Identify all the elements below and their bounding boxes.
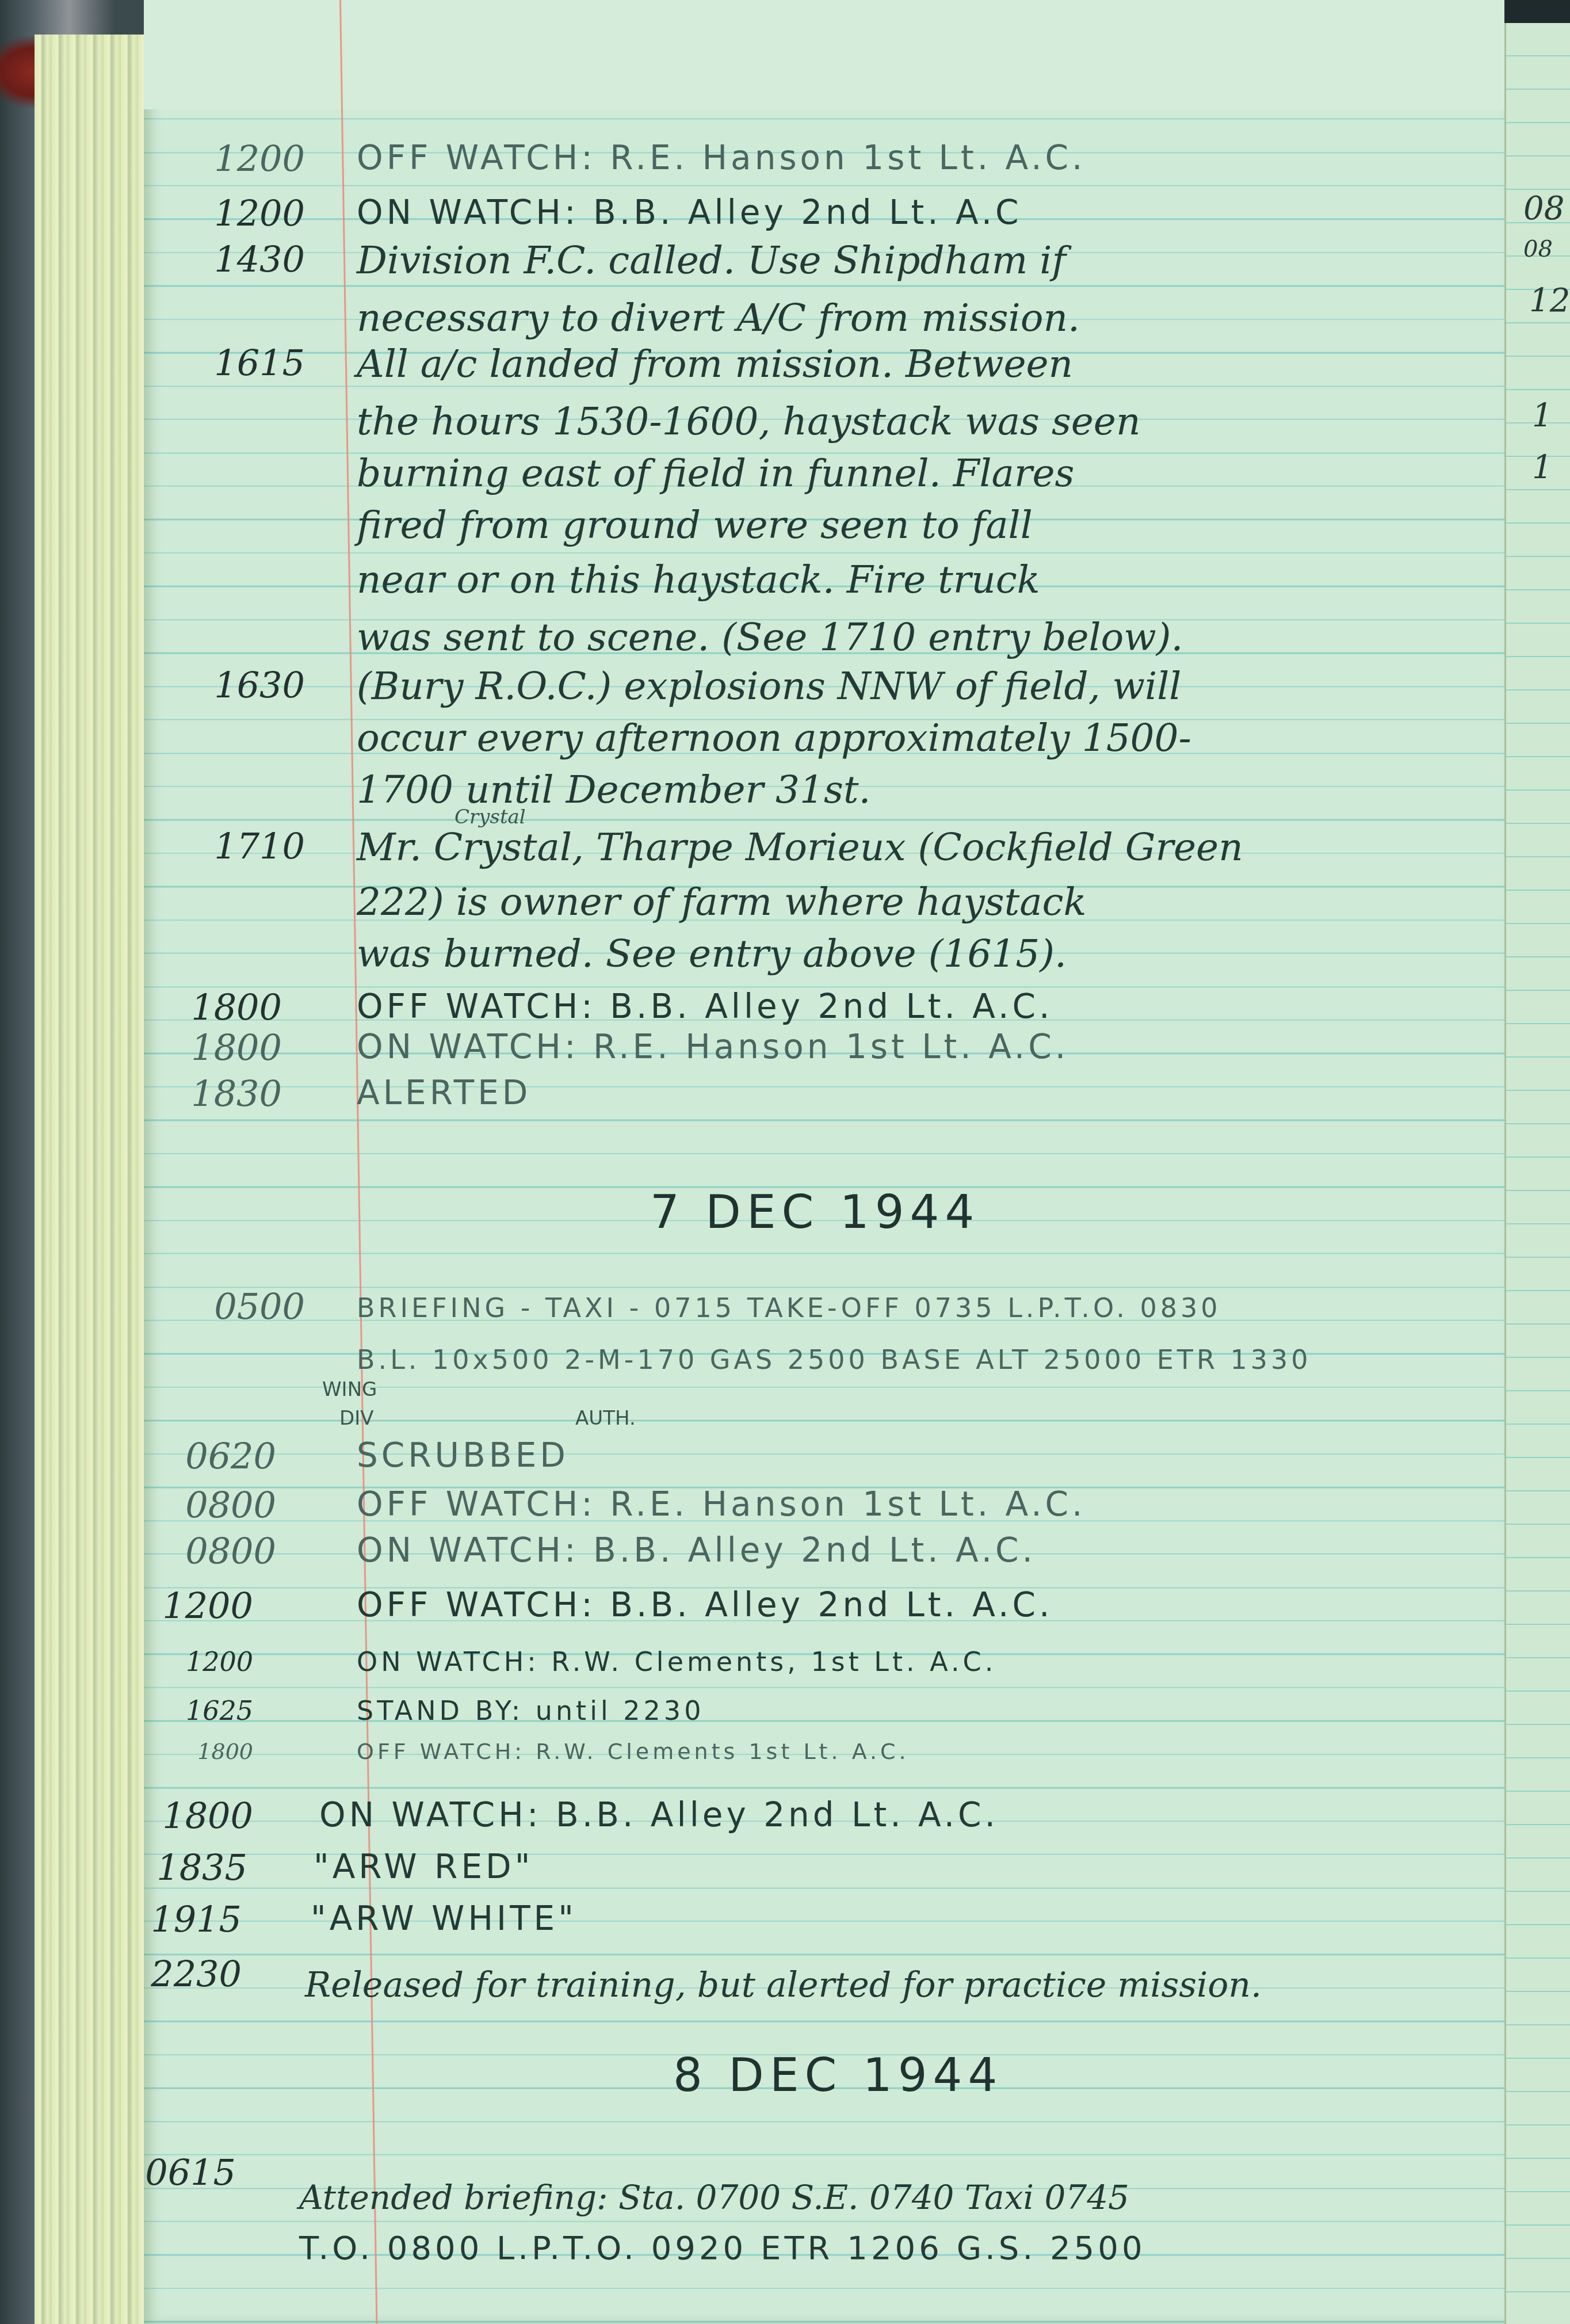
entry-text-line: Attended briefing: Sta. 0700 S.E. 0740 T… (299, 2181, 1438, 2214)
entry-text: "ARW RED" (314, 1850, 1453, 1883)
entry-time: 1625 (121, 1697, 253, 1724)
entry-text-line: occur every afternoon approximately 1500… (357, 719, 1496, 757)
facing-page-shadow (1504, 0, 1570, 26)
entry-text: ON WATCH: B.B. Alley 2nd Lt. A.C. (319, 1798, 1458, 1831)
entry-text-line: fired from ground were seen to fall (357, 506, 1496, 544)
entry-text: ALERTED (357, 1076, 1496, 1109)
entry-text-line: (Bury R.O.C.) explosions NNW of field, w… (357, 667, 1496, 705)
page-top-margin (144, 0, 1504, 109)
entry-text-line: BRIEFING - TAXI - 0715 TAKE-OFF 0735 L.P… (357, 1295, 1496, 1321)
entry-text-line: Division F.C. called. Use Shipdham if (357, 242, 1496, 280)
date-heading-8-dec: 8 DEC 1944 (673, 2048, 1003, 2102)
entry-text-line: Mr. Crystal, Tharpe Morieux (Cockfield G… (357, 829, 1496, 867)
facing-page-fragment: 12 (1529, 282, 1570, 319)
entry-time: 1800 (150, 1030, 282, 1066)
entry-time: 1915 (109, 1902, 242, 1937)
entry-time: 1430 (173, 242, 305, 277)
entry-text-line: was sent to scene. (See 1710 entry below… (357, 619, 1496, 657)
entry-text: Released for training, but alerted for p… (305, 1968, 1444, 2002)
entry-time: 1710 (173, 829, 305, 864)
entry-time: 1630 (173, 667, 305, 703)
entry-time: 0620 (144, 1438, 276, 1474)
entry-text: STAND BY: until 2230 (357, 1697, 1496, 1724)
entry-text: OFF WATCH: R.E. Hanson 1st Lt. A.C. (357, 1487, 1496, 1521)
entry-text-line: near or on this haystack. Fire truck (357, 561, 1496, 599)
entry-text-line: 222) is owner of farm where haystack (357, 883, 1496, 921)
annotation-auth: AUTH. (575, 1407, 636, 1430)
entry-time: 1200 (121, 1648, 253, 1675)
facing-page-fragment: 1 (1532, 449, 1553, 486)
entry-text-line: the hours 1530-1600, haystack was seen (357, 403, 1496, 441)
entry-time: 1200 (173, 141, 305, 177)
annotation-div: DIV (339, 1407, 373, 1430)
entry-time: 2230 (109, 1956, 242, 1992)
entry-text: ON WATCH: R.W. Clements, 1st Lt. A.C. (357, 1648, 1496, 1675)
entry-text-line: 1700 until December 31st. (357, 771, 1496, 809)
entry-text: OFF WATCH: B.B. Alley 2nd Lt. A.C. (357, 990, 1496, 1023)
entry-text: ON WATCH: B.B. Alley 2nd Lt. A.C (357, 196, 1496, 229)
facing-page-fragment: 1 (1532, 397, 1553, 434)
entry-text: "ARW WHITE" (311, 1902, 1450, 1935)
entry-time: 0800 (144, 1533, 276, 1569)
entry-text-line: B.L. 10x500 2-M-170 GAS 2500 BASE ALT 25… (357, 1346, 1496, 1373)
entry-text-line: burning east of field in funnel. Flares (357, 455, 1496, 493)
facing-page-fragment: 08 (1523, 236, 1553, 262)
entry-text-line: necessary to divert A/C from mission. (357, 299, 1496, 337)
date-heading-7-dec: 7 DEC 1944 (650, 1185, 980, 1239)
entry-time: 0500 (173, 1289, 305, 1325)
entry-text: ON WATCH: B.B. Alley 2nd Lt. A.C. (357, 1533, 1496, 1567)
entry-time: 1800 (150, 990, 282, 1025)
entry-time: 1800 (121, 1798, 253, 1834)
entry-time: 1615 (173, 345, 305, 381)
entry-text: SCRUBBED (357, 1438, 1496, 1472)
entry-time: 0800 (144, 1487, 276, 1523)
entry-time: 1830 (150, 1076, 282, 1112)
entry-time: 1800 (121, 1741, 253, 1762)
entry-text: OFF WATCH: B.B. Alley 2nd Lt. A.C. (357, 1588, 1496, 1621)
entry-time: 1835 (115, 1850, 247, 1886)
entry-time: 1200 (173, 196, 305, 231)
entry-text: ON WATCH: R.E. Hanson 1st Lt. A.C. (357, 1030, 1496, 1063)
entry-text-line: T.O. 0800 L.P.T.O. 0920 ETR 1206 G.S. 25… (299, 2233, 1438, 2265)
entry-text: OFF WATCH: R.E. Hanson 1st Lt. A.C. (357, 141, 1496, 174)
facing-page: 08 08 12 1 1 (1504, 23, 1570, 2324)
facing-page-fragment: 08 (1523, 190, 1564, 227)
entry-text: OFF WATCH: R.W. Clements 1st Lt. A.C. (357, 1741, 1496, 1762)
entry-text-line: All a/c landed from mission. Between (357, 345, 1496, 383)
entry-time: 0615 (104, 2155, 236, 2191)
entry-text-line: was burned. See entry above (1615). (357, 935, 1496, 973)
annotation-wing: WING (322, 1378, 377, 1401)
entry-time: 1200 (121, 1588, 253, 1624)
